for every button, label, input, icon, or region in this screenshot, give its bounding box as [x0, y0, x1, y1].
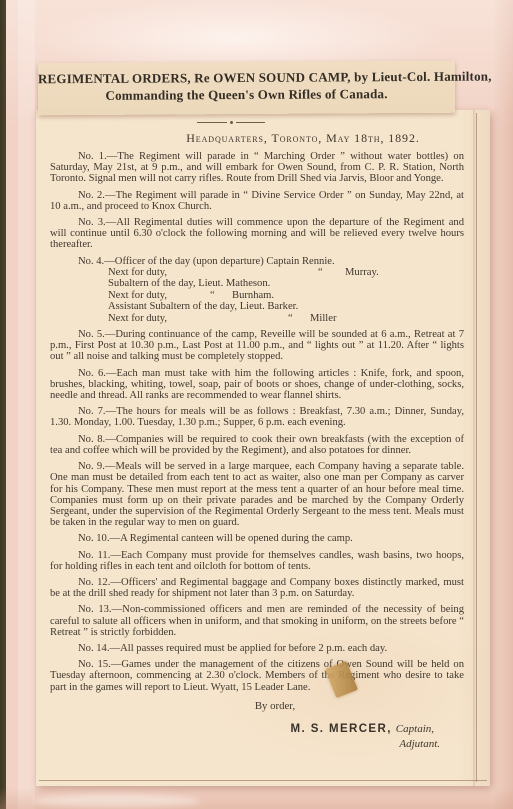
roster-line: Next for duty,“Miller: [108, 313, 464, 324]
order-paragraph: No. 15.—Games under the management of th…: [50, 659, 464, 693]
roster-line: No. 4.—Officer of the day (upon departur…: [50, 256, 464, 267]
order-paragraph: No. 8.—Companies will be required to coo…: [50, 434, 464, 456]
order-paragraph: No. 9.—Meals will be served in a large m…: [50, 461, 464, 528]
order-number: No. 4.—: [78, 256, 115, 267]
paper-fold-highlight: [18, 0, 35, 809]
closing-line: By order,: [68, 700, 482, 712]
order-number: No. 13.—: [78, 604, 122, 615]
signature-role: Adjutant.: [50, 738, 464, 750]
order-paragraph: No. 1.—The Regiment will parade in “ Mar…: [50, 151, 464, 185]
order-paragraph: No. 12.—Officers' and Regimental baggage…: [50, 577, 464, 599]
order-paragraph: No. 3.—All Regimental duties will commen…: [50, 217, 464, 251]
order-number: No. 1.—: [78, 151, 117, 162]
roster-label: Next for duty,: [108, 313, 167, 324]
roster-line: Subaltern of the day, Lieut. Matheson.: [108, 278, 464, 289]
order-paragraph: No. 7.—The hours for meals will be as fo…: [50, 406, 464, 428]
roster-label: Next for duty,: [108, 290, 167, 301]
order-number: No. 9.—: [78, 461, 115, 472]
ornament-dot-icon: [230, 121, 233, 124]
order-roster: No. 4.—Officer of the day (upon departur…: [50, 256, 464, 324]
order-paragraph: No. 2.—The Regiment will parade in “ Div…: [50, 190, 464, 212]
scan-edge-strip: [0, 0, 6, 809]
order-paragraph: No. 14.—All passes required must be appl…: [50, 643, 464, 654]
dateline: Headquarters, Toronto, May 18th, 1892.: [96, 131, 510, 146]
document-title-line1: REGIMENTAL ORDERS, Re OWEN SOUND CAMP, b…: [38, 68, 455, 88]
roster-label: Next for duty,: [108, 267, 167, 278]
paper-fold-shadow: [473, 110, 477, 786]
scanned-document-photo: Headquarters, Toronto, May 18th, 1892. N…: [0, 0, 513, 809]
roster-name: Miller: [310, 313, 336, 324]
order-number: No. 14.—: [78, 643, 120, 654]
roster-line: Next for duty,“Burnham.: [108, 290, 464, 301]
signature-name: M. S. MERCER,: [291, 723, 392, 735]
order-number: No. 12.—: [78, 577, 121, 588]
signature-rank: Captain,: [396, 723, 434, 735]
clipping-content: Headquarters, Toronto, May 18th, 1892. N…: [36, 110, 490, 786]
printed-orders-clipping: Headquarters, Toronto, May 18th, 1892. N…: [36, 110, 490, 786]
divider-ornament: [197, 121, 265, 124]
roster-name: Burnham.: [232, 290, 274, 301]
scan-bottom-shadow: [0, 787, 513, 809]
order-number: No. 8.—: [78, 434, 116, 445]
ditto-mark: “: [318, 267, 323, 278]
roster-name: Murray.: [345, 267, 379, 278]
roster-line: Assistant Subaltern of the day, Lieut. B…: [108, 301, 464, 312]
pasted-title-strip: REGIMENTAL ORDERS, Re OWEN SOUND CAMP, b…: [38, 61, 455, 116]
order-number: No. 10.—: [78, 533, 120, 544]
orders-list: No. 1.—The Regiment will parade in “ Mar…: [50, 151, 464, 693]
order-paragraph: No. 10.—A Regimental canteen will be ope…: [50, 533, 464, 544]
order-number: No. 11.—: [78, 550, 121, 561]
signature-line: M. S. MERCER, Captain,: [50, 719, 464, 737]
order-paragraph: No. 11.—Each Company must provide for th…: [50, 550, 464, 572]
order-number: No. 15.—: [78, 659, 121, 670]
ditto-mark: “: [288, 313, 293, 324]
order-number: No. 3.—: [78, 217, 116, 228]
order-paragraph: No. 13.—Non-commissioned officers and me…: [50, 604, 464, 638]
order-number: No. 6.—: [78, 368, 116, 379]
order-number: No. 2.—: [78, 190, 116, 201]
order-number: No. 7.—: [78, 406, 116, 417]
document-title-line2: Commanding the Queen's Own Rifles of Can…: [38, 85, 455, 105]
roster-line: Next for duty,“Murray.: [108, 267, 464, 278]
ditto-mark: “: [210, 290, 215, 301]
order-number: No. 5.—: [78, 329, 115, 340]
order-paragraph: No. 5.—During continuance of the camp, R…: [50, 329, 464, 363]
order-paragraph: No. 6.—Each man must take with him the f…: [50, 368, 464, 402]
